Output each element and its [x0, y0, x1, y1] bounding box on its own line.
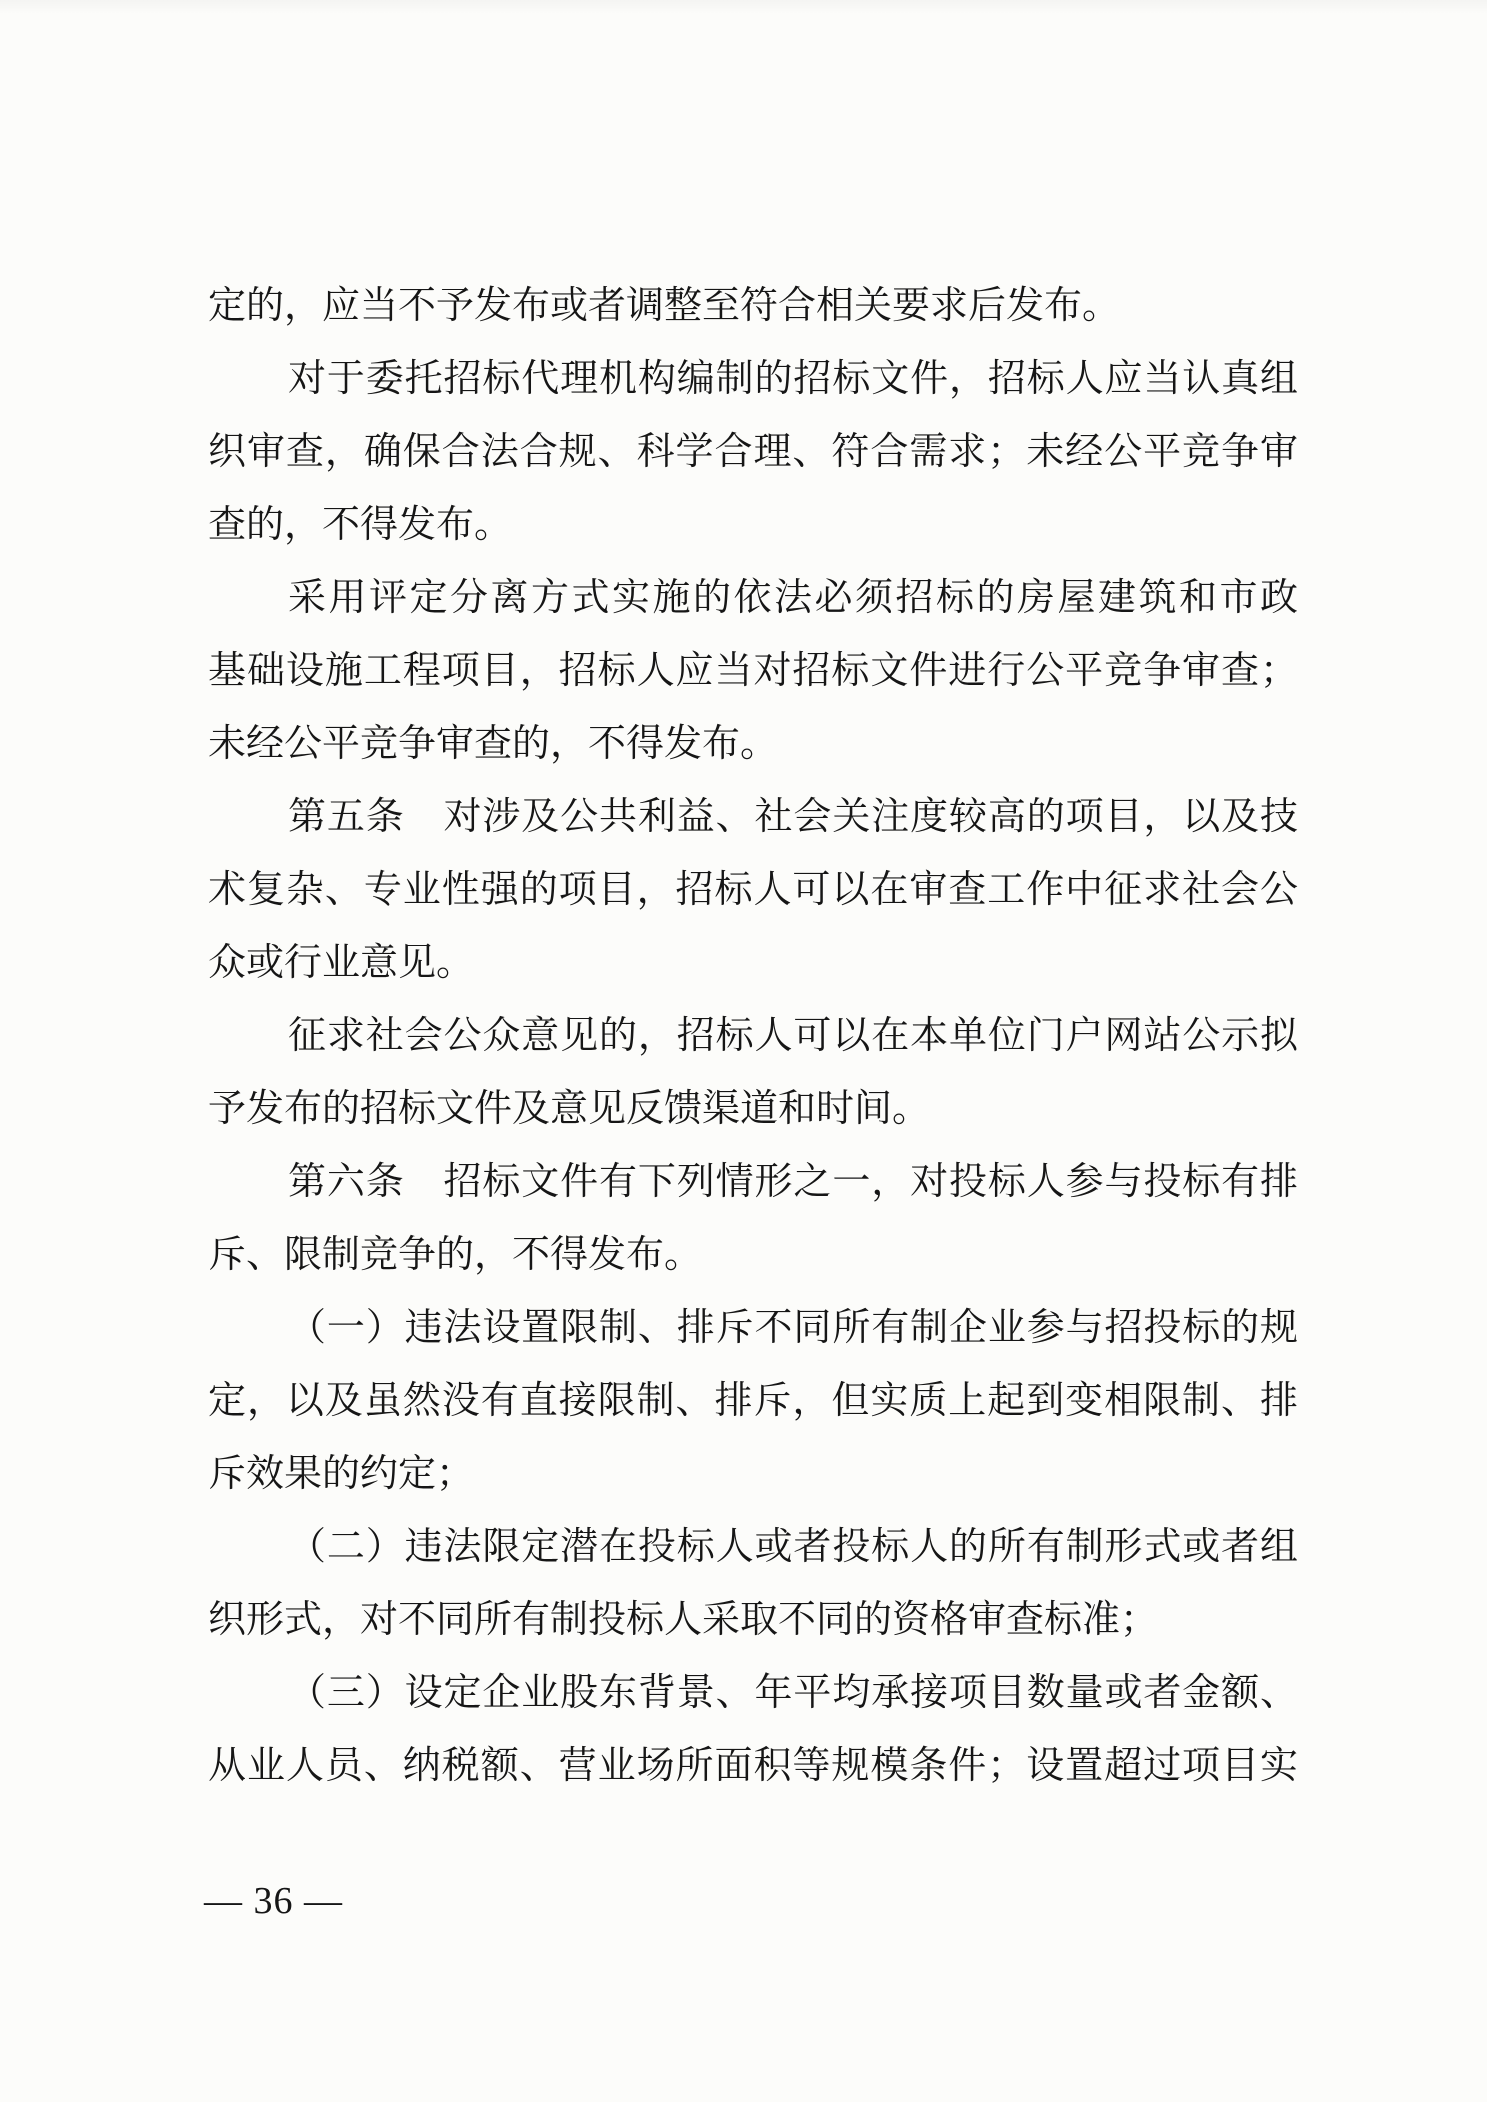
- document-page: 定的，应当不予发布或者调整至符合相关要求后发布。 对于委托招标代理机构编制的招标…: [0, 0, 1487, 2102]
- text-line: 织形式，对不同所有制投标人采取不同的资格审查标准；: [208, 1584, 1298, 1657]
- text-line: 征求社会公众意见的，招标人可以在本单位门户网站公示拟: [208, 1000, 1298, 1073]
- text-line: 第五条 对涉及公共利益、社会关注度较高的项目，以及技: [208, 781, 1298, 854]
- text-line: 予发布的招标文件及意见反馈渠道和时间。: [208, 1073, 1298, 1146]
- page-number: — 36 —: [204, 1878, 343, 1924]
- text-line: 基础设施工程项目，招标人应当对招标文件进行公平竞争审查；: [208, 635, 1298, 708]
- text-line: 定，以及虽然没有直接限制、排斥，但实质上起到变相限制、排: [208, 1365, 1298, 1438]
- text-line: 众或行业意见。: [208, 927, 1298, 1000]
- text-line: 对于委托招标代理机构编制的招标文件，招标人应当认真组: [208, 343, 1298, 416]
- text-line: 斥、限制竞争的，不得发布。: [208, 1219, 1298, 1292]
- text-line: 未经公平竞争审查的，不得发布。: [208, 708, 1298, 781]
- text-line: 斥效果的约定；: [208, 1438, 1298, 1511]
- text-line: （三）设定企业股东背景、年平均承接项目数量或者金额、: [208, 1657, 1298, 1730]
- text-line: 采用评定分离方式实施的依法必须招标的房屋建筑和市政: [208, 562, 1298, 635]
- document-body: 定的，应当不予发布或者调整至符合相关要求后发布。 对于委托招标代理机构编制的招标…: [208, 270, 1298, 1803]
- text-line: 定的，应当不予发布或者调整至符合相关要求后发布。: [208, 270, 1298, 343]
- text-line: 第六条 招标文件有下列情形之一，对投标人参与投标有排: [208, 1146, 1298, 1219]
- text-line: 从业人员、纳税额、营业场所面积等规模条件；设置超过项目实: [208, 1730, 1298, 1803]
- text-line: 查的，不得发布。: [208, 489, 1298, 562]
- text-line: （二）违法限定潜在投标人或者投标人的所有制形式或者组: [208, 1511, 1298, 1584]
- text-line: 织审查，确保合法合规、科学合理、符合需求；未经公平竞争审: [208, 416, 1298, 489]
- text-line: 术复杂、专业性强的项目，招标人可以在审查工作中征求社会公: [208, 854, 1298, 927]
- text-line: （一）违法设置限制、排斥不同所有制企业参与招投标的规: [208, 1292, 1298, 1365]
